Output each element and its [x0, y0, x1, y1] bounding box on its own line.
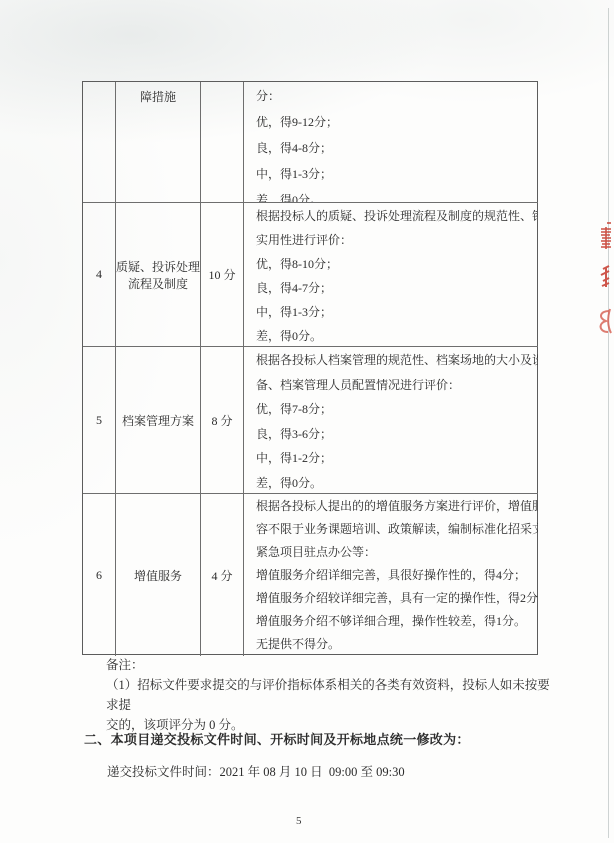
- scoring-criteria-cell: 分：优，得9-12分；良，得4-8分；中，得1-3分；差，得0分。: [244, 82, 538, 203]
- criteria-line: 良，得4-7分；: [256, 276, 534, 300]
- row-number-cell: 4: [83, 203, 116, 347]
- criteria-line: 增值服务介绍不够详细合理，操作性较差，得1分。: [256, 610, 534, 633]
- criteria-line: 紧急项目驻点办公等：: [256, 541, 534, 564]
- criteria-line: 无提供不得分。: [256, 633, 534, 656]
- section-heading: 二、本项目递交投标文件时间、开标时间及开标地点统一修改为：: [84, 729, 564, 748]
- criteria-line: 差，得0分。: [256, 187, 534, 203]
- criteria-line: 容不限于业务课题培训、政策解读，编制标准化招采文件及: [256, 518, 534, 541]
- criteria-line: 良，得4-8分；: [256, 135, 534, 161]
- red-stamp-fragments-icon: [594, 215, 614, 350]
- criteria-line: 分：: [256, 83, 534, 109]
- remarks-lines: （1）招标文件要求提交的与评价指标体系相关的各类有效资料，投标人如未按要求提交的…: [106, 675, 552, 735]
- submission-time-line: 递交投标文件时间：2021 年 08 月 10 日 09:00 至 09:30: [107, 762, 567, 780]
- criteria-line: 根据投标人的质疑、投诉处理流程及制度的规范性、针对性、: [256, 204, 534, 228]
- criterion-name-cell: 障措施: [116, 82, 201, 203]
- score-cell: 8 分: [201, 347, 244, 494]
- criteria-line: 良，得3-6分；: [256, 422, 534, 447]
- criterion-name-cell: 增值服务: [116, 494, 201, 656]
- remarks-line: （1）招标文件要求提交的与评价指标体系相关的各类有效资料，投标人如未按要求提: [106, 675, 552, 715]
- scanned-document-page: 障措施分：优，得9-12分；良，得4-8分；中，得1-3分；差，得0分。4质疑、…: [0, 0, 614, 843]
- page-number: 5: [296, 815, 302, 827]
- row-number-cell: [83, 82, 116, 203]
- page-edge-line: [608, 8, 609, 838]
- criteria-line: 优，得9-12分；: [256, 109, 534, 135]
- scoring-criteria-cell: 根据各投标人档案管理的规范性、档案场地的大小及设备配备、档案管理人员配置情况进行…: [244, 347, 538, 494]
- row-number-cell: 6: [83, 494, 116, 656]
- remarks-label: 备注：: [106, 655, 552, 675]
- criteria-line: 中，得1-3分；: [256, 161, 534, 187]
- remarks-block: 备注： （1）招标文件要求提交的与评价指标体系相关的各类有效资料，投标人如未按要…: [106, 655, 552, 735]
- criteria-line: 差，得0分。: [256, 324, 534, 347]
- criteria-line: 中，得1-2分；: [256, 446, 534, 471]
- criteria-line: 中，得1-3分；: [256, 300, 534, 324]
- criteria-line: 增值服务介绍详细完善，具很好操作性的，得4分；: [256, 564, 534, 587]
- score-cell: 10 分: [201, 203, 244, 347]
- score-cell: 4 分: [201, 494, 244, 656]
- criteria-line: 优，得8-10分；: [256, 252, 534, 276]
- scoring-criteria-cell: 根据各投标人提出的的增值服务方案进行评价，增值服务内容不限于业务课题培训、政策解…: [244, 494, 538, 656]
- criteria-line: 增值服务介绍较详细完善，具有一定的操作性，得2分；: [256, 587, 534, 610]
- score-cell: [201, 82, 244, 203]
- criterion-name-cell: 质疑、投诉处理 流程及制度: [116, 203, 201, 347]
- criteria-line: 实用性进行评价：: [256, 228, 534, 252]
- criteria-line: 备、档案管理人员配置情况进行评价：: [256, 373, 534, 398]
- criteria-line: 根据各投标人档案管理的规范性、档案场地的大小及设备配: [256, 348, 534, 373]
- evaluation-criteria-table: 障措施分：优，得9-12分；良，得4-8分；中，得1-3分；差，得0分。4质疑、…: [82, 81, 538, 655]
- row-number-cell: 5: [83, 347, 116, 494]
- criterion-name-cell: 档案管理方案: [116, 347, 201, 494]
- criteria-line: 根据各投标人提出的的增值服务方案进行评价，增值服务内: [256, 495, 534, 518]
- criteria-line: 差，得0分。: [256, 471, 534, 495]
- criteria-line: 优，得7-8分；: [256, 397, 534, 422]
- scoring-criteria-cell: 根据投标人的质疑、投诉处理流程及制度的规范性、针对性、实用性进行评价：优，得8-…: [244, 203, 538, 347]
